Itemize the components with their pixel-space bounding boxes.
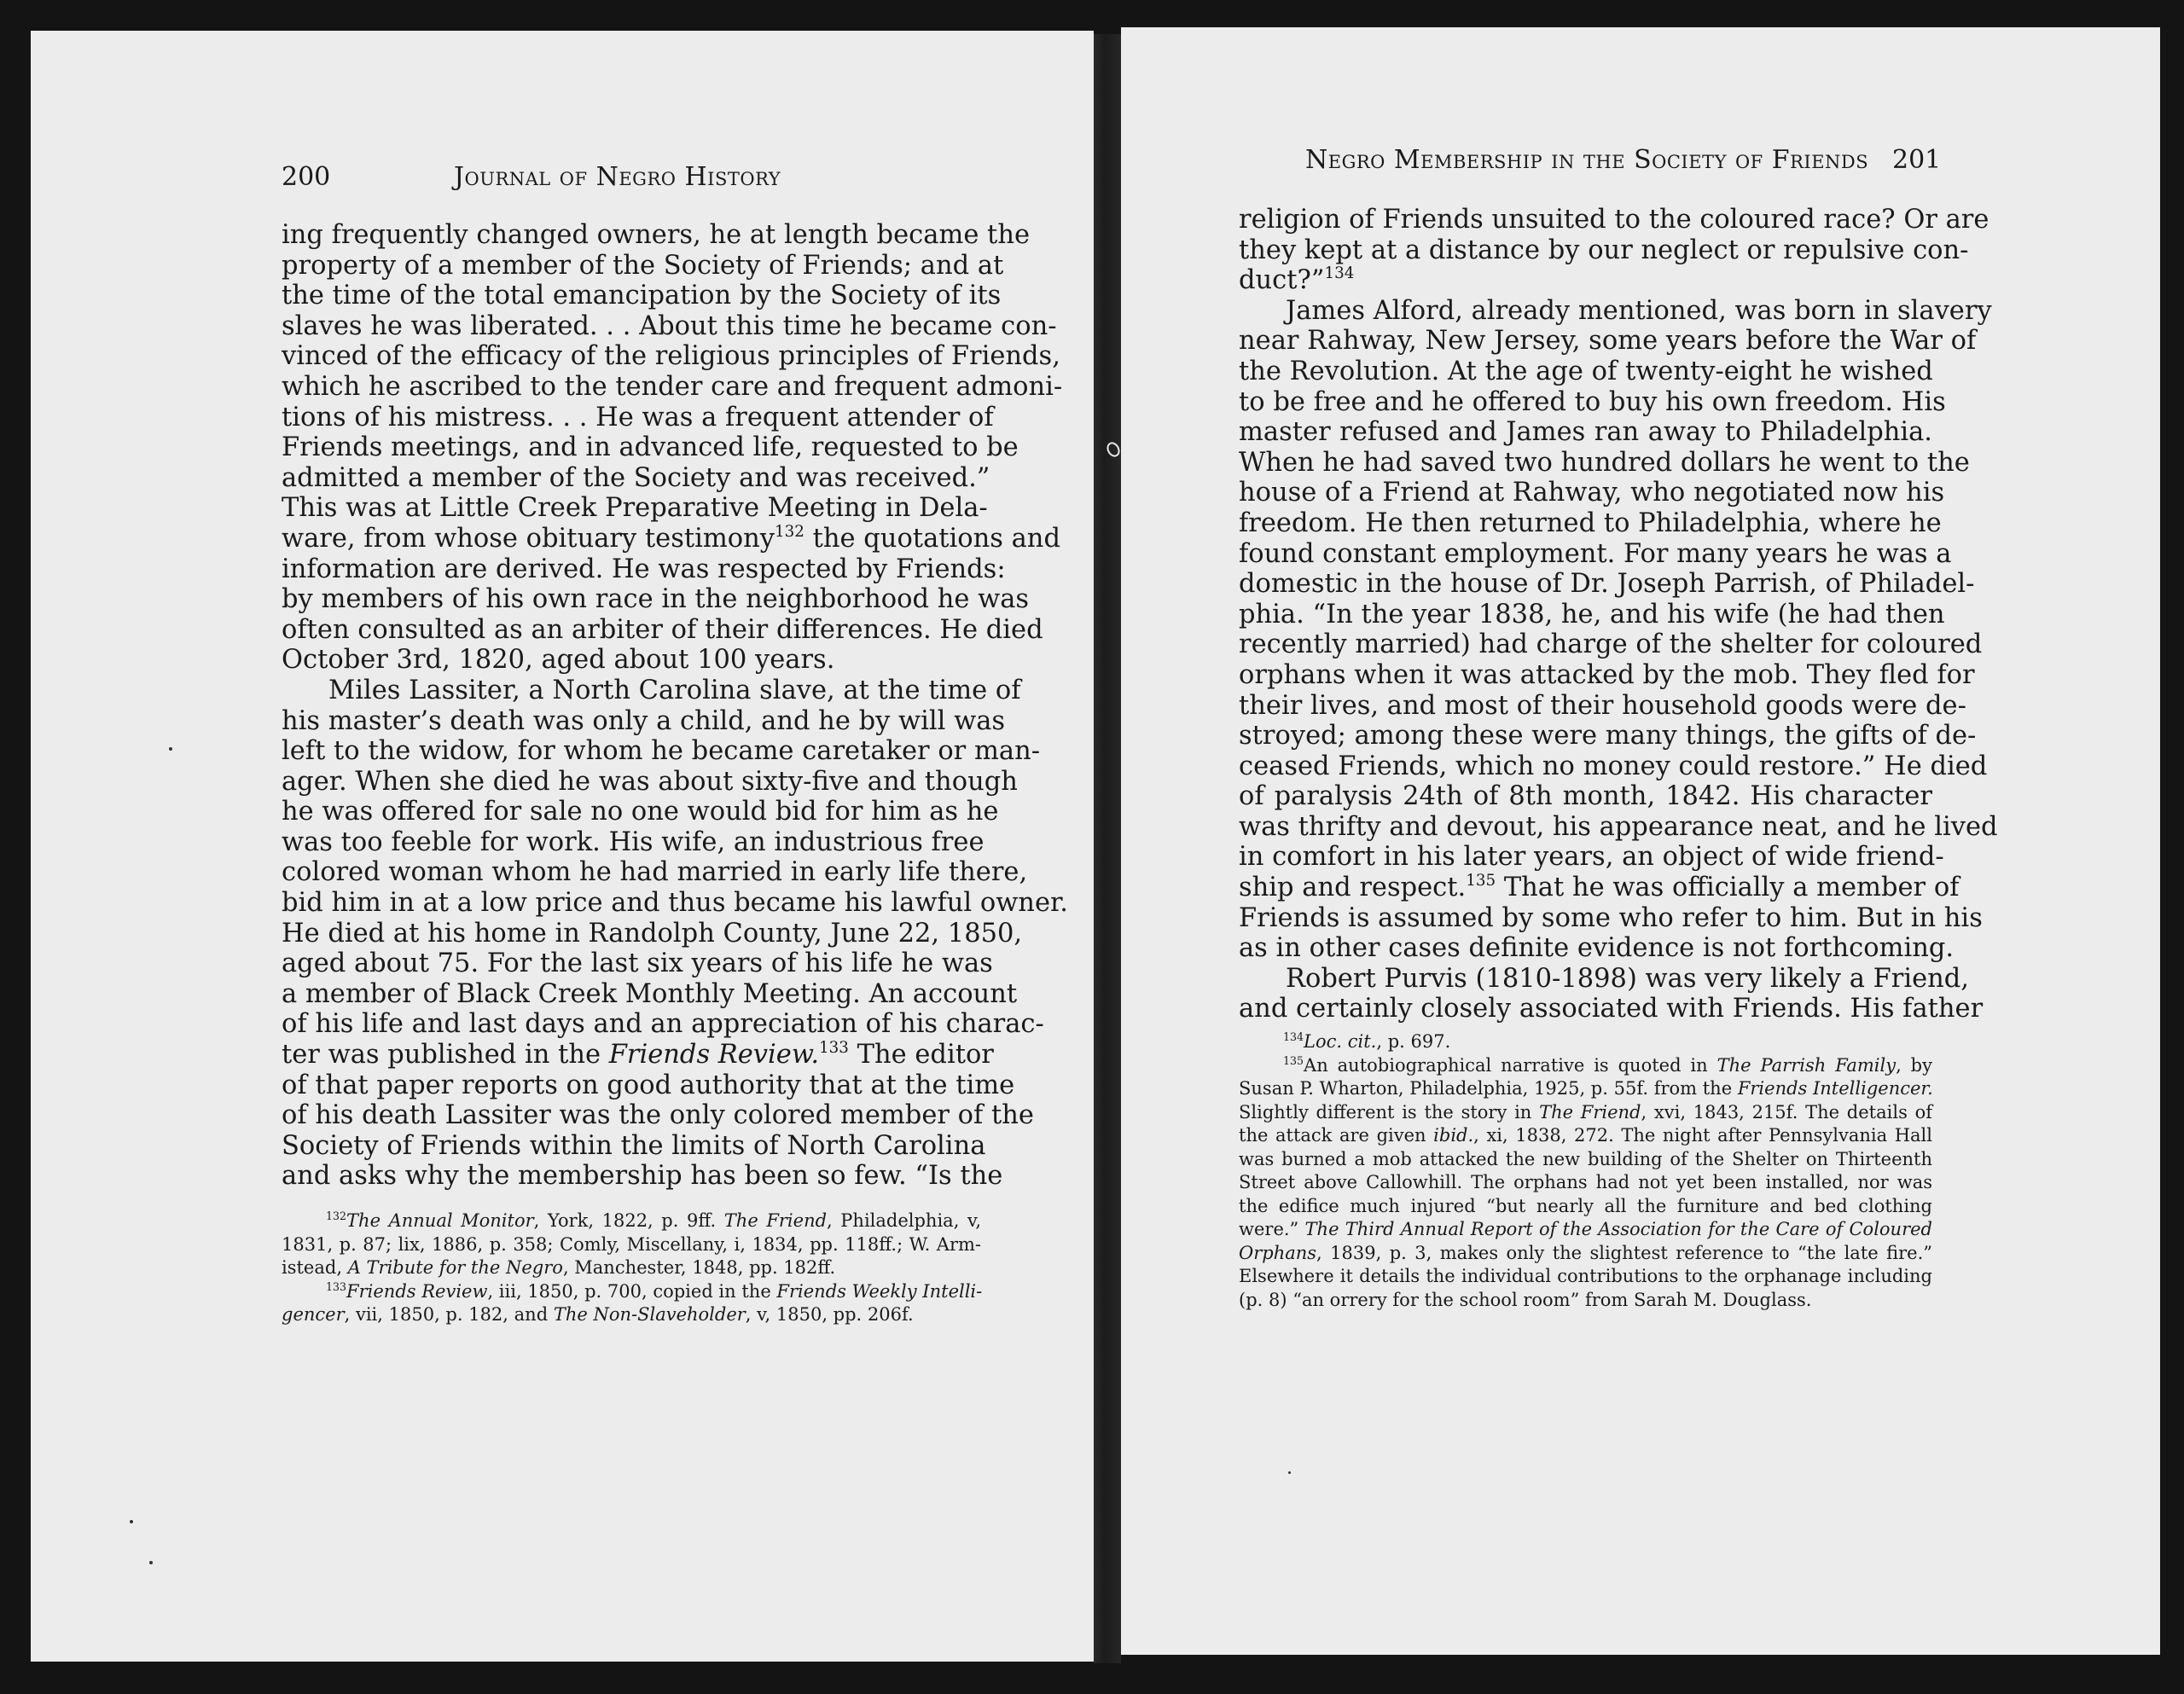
footnote-line: Orphans, 1839, p. 3, makes only the slig… [1239,1242,1932,1266]
footnote-line: 132The Annual Monitor, York, 1822, p. 9f… [282,1210,981,1233]
text-line: ware, from whose obituary testimony132 t… [282,524,981,554]
text-line: as in other cases definite evidence is n… [1239,933,1932,964]
text-line: ceased Friends, which no money could res… [1239,751,1932,782]
text-line: of his death Lassiter was the only color… [282,1100,981,1131]
footnote-line: 1831, p. 87; lix, 1886, p. 358; Comly, M… [282,1233,981,1257]
text-line: slaves he was liberated. . . About this … [282,311,981,342]
text-line: orphans when it was attacked by the mob.… [1239,660,1932,691]
footnote-line: istead, A Tribute for the Negro, Manches… [282,1256,981,1280]
text-line: bid him in at a low price and thus becam… [282,888,981,919]
text-line: admitted a member of the Society and was… [282,463,981,494]
paper-speck [149,1561,153,1564]
text-line: a member of Black Creek Monthly Meeting.… [282,979,981,1010]
text-line: ship and respect.135 That he was officia… [1239,873,1932,903]
text-line: Miles Lassiter, a North Carolina slave, … [282,676,981,706]
text-line: house of a Friend at Rahway, who negotia… [1239,478,1932,508]
footnote-line: Slightly different is the story in The F… [1239,1101,1932,1125]
text-line: ter was published in the Friends Review.… [282,1040,981,1070]
text-line: Robert Purvis (1810-1898) was very likel… [1239,964,1932,995]
footnote-line: the attack are given ibid., xi, 1838, 27… [1239,1124,1932,1148]
text-line: the Revolution. At the age of twenty-eig… [1239,357,1932,387]
footnote-line: the edifice much injured “but nearly all… [1239,1195,1932,1219]
text-line: phia. “In the year 1838, he, and his wif… [1239,600,1932,630]
footnote-line: 135An autobiographical narrative is quot… [1239,1054,1932,1078]
page-number-left: 200 [282,162,330,192]
footnote-line: 133Friends Review, iii, 1850, p. 700, co… [282,1280,981,1304]
text-line: they kept at a distance by our neglect o… [1239,235,1932,266]
text-line: his master’s death was only a child, and… [282,706,981,737]
text-line: in comfort in his later years, an object… [1239,842,1932,873]
text-line: master refused and James ran away to Phi… [1239,417,1932,448]
text-line: and certainly closely associated with Fr… [1239,994,1932,1024]
text-line: he was offered for sale no one would bid… [282,797,981,827]
running-head-left: Journal of Negro History [454,162,781,192]
text-line: duct?”134 [1239,265,1932,296]
footnote-line: 134Loc. cit., p. 697. [1239,1030,1932,1054]
text-line: Friends meetings, and in advanced life, … [282,432,981,463]
text-line: He died at his home in Randolph County, … [282,919,981,949]
text-line: Society of Friends within the limits of … [282,1131,981,1162]
text-line: of his life and last days and an appreci… [282,1009,981,1040]
text-line: ing frequently changed owners, he at len… [282,220,981,251]
text-line: of paralysis 24th of 8th month, 1842. Hi… [1239,781,1932,812]
text-line: freedom. He then returned to Philadelphi… [1239,508,1932,539]
page-number-right: 201 [1892,145,1941,175]
text-line: their lives, and most of their household… [1239,691,1932,722]
text-line: found constant employment. For many year… [1239,539,1932,570]
text-line: October 3rd, 1820, aged about 100 years. [282,645,981,676]
footnote-line: Street above Callowhill. The orphans had… [1239,1171,1932,1195]
paper-speck [130,1520,133,1523]
text-line: near Rahway, New Jersey, some years befo… [1239,326,1932,357]
text-line: and asks why the membership has been so … [282,1161,981,1192]
text-line: information are derived. He was respecte… [282,554,981,585]
right-body-text: religion of Friends unsuited to the colo… [1239,205,1932,1024]
text-line: was too feeble for work. His wife, an in… [282,827,981,858]
footnote-line: were.” The Third Annual Report of the As… [1239,1218,1932,1242]
paper-speck [169,747,172,751]
left-footnotes: 132The Annual Monitor, York, 1822, p. 9f… [282,1210,981,1327]
text-line: When he had saved two hundred dollars he… [1239,448,1932,479]
left-body-text: ing frequently changed owners, he at len… [282,220,981,1192]
text-line: This was at Little Creek Preparative Mee… [282,493,981,524]
right-footnotes: 134Loc. cit., p. 697.135An autobiographi… [1239,1030,1932,1312]
text-line: the time of the total emancipation by th… [282,281,981,311]
text-line: James Alford, already mentioned, was bor… [1239,296,1932,327]
text-line: tions of his mistress. . . He was a freq… [282,403,981,433]
text-line: recently married) had charge of the shel… [1239,629,1932,660]
text-line: was thrifty and devout, his appearance n… [1239,812,1932,843]
text-line: domestic in the house of Dr. Joseph Parr… [1239,569,1932,600]
running-head-right: Negro Membership in the Society of Frien… [1305,145,1868,175]
text-line: property of a member of the Society of F… [282,251,981,281]
footnote-line: Susan P. Wharton, Philadelphia, 1925, p.… [1239,1077,1932,1101]
footnote-line: gencer, vii, 1850, p. 182, and The Non-S… [282,1303,981,1327]
text-line: colored woman whom he had married in ear… [282,857,981,888]
text-line: vinced of the efficacy of the religious … [282,341,981,372]
text-line: Friends is assumed by some who refer to … [1239,903,1932,934]
footnote-line: (p. 8) “an orrery for the school room” f… [1239,1289,1932,1313]
text-line: by members of his own race in the neighb… [282,584,981,615]
text-line: to be free and he offered to buy his own… [1239,387,1932,418]
text-line: left to the widow, for whom he became ca… [282,736,981,767]
text-line: ager. When she died he was about sixty-f… [282,767,981,798]
text-line: religion of Friends unsuited to the colo… [1239,205,1932,235]
text-line: which he ascribed to the tender care and… [282,372,981,403]
footnote-line: was burned a mob attacked the new buildi… [1239,1148,1932,1172]
text-line: stroyed; among these were many things, t… [1239,721,1932,751]
text-line: of that paper reports on good authority … [282,1070,981,1101]
text-line: often consulted as an arbiter of their d… [282,615,981,646]
book-gutter [1094,34,1121,1663]
footnote-line: Elsewhere it details the individual cont… [1239,1265,1932,1289]
text-line: aged about 75. For the last six years of… [282,949,981,979]
paper-speck [1288,1471,1291,1474]
